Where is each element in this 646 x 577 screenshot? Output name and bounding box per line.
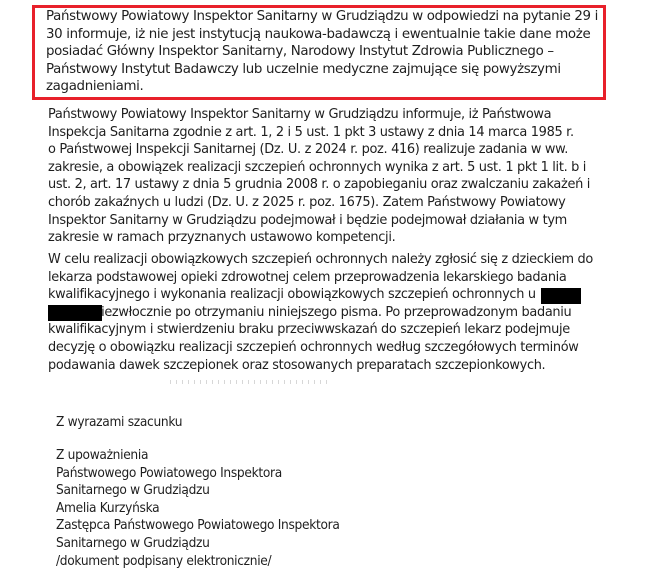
text-line: decyzję o obowiązku realizacji szczepień…: [48, 339, 593, 357]
legal-basis-paragraph: Państwowy Powiatowy Inspektor Sanitarny …: [48, 106, 590, 247]
signatory-name: Amelia Kurzyńska: [56, 500, 340, 518]
text-line: lekarza podstawowej opieki zdrowotnej ce…: [48, 269, 593, 287]
text-line: chorób zakaźnych u ludzi (Dz. U. z 2025 …: [48, 194, 590, 212]
text-line: Państwowy Powiatowy Inspektor Sanitarny …: [46, 8, 598, 26]
text-line: Państwowego Powiatowego Inspektora: [56, 465, 340, 483]
signature-block: Z upoważnienia Państwowego Powiatowego I…: [56, 447, 340, 570]
text-line: Inspekcja Sanitarna zgodnie z art. 1, 2 …: [48, 124, 590, 142]
text-line: ust. 2, art. 17 ustawy z dnia 5 grudnia …: [48, 176, 590, 194]
text-line: zagadnieniami.: [46, 78, 598, 96]
vaccination-instructions-paragraph: W celu realizacji obowiązkowych szczepie…: [48, 251, 593, 374]
text-line: Sanitarnego w Grudziądzu: [56, 482, 340, 500]
highlighted-paragraph: Państwowy Powiatowy Inspektor Sanitarny …: [46, 8, 598, 96]
text-line: W celu realizacji obowiązkowych szczepie…: [48, 251, 593, 269]
text-line: posiadać Główny Inspektor Sanitarny, Nar…: [46, 43, 598, 61]
text-line: kwalifikacyjnego i wykonania realizacji …: [48, 286, 593, 304]
scan-noise: [170, 380, 330, 384]
e-signature-note: /dokument podpisany elektronicznie/: [56, 553, 340, 571]
text-line: Inspektor Sanitarny w Grudziądzu podejmo…: [48, 212, 590, 230]
text-line: Z wyrazami szacunku: [56, 414, 182, 432]
text-line: zakresie w ramach przyznanych ustawowo k…: [48, 229, 590, 247]
scanned-letter-page: Państwowy Powiatowy Inspektor Sanitarny …: [0, 0, 646, 577]
text-line: Państwowy Instytut Badawczy lub uczelnie…: [46, 61, 598, 79]
text-line: kwalifikacyjnym i stwierdzeniu braku prz…: [48, 321, 593, 339]
text-line: Z upoważnienia: [56, 447, 340, 465]
text-line: o Państwowej Inspekcji Sanitarnej (Dz. U…: [48, 141, 590, 159]
signatory-title: Zastępca Państwowego Powiatowego Inspekt…: [56, 517, 340, 535]
text-line: podawania dawek szczepionek oraz stosowa…: [48, 357, 593, 375]
redaction-block: [541, 288, 581, 304]
closing-salutation: Z wyrazami szacunku: [56, 414, 182, 432]
text-line: 30 informuje, iż nie jest instytucją nau…: [46, 26, 598, 44]
redaction-block: [48, 305, 102, 321]
text-line: zakresie, a obowiązek realizacji szczepi…: [48, 159, 590, 177]
text-line: niezwłocznie po otrzymaniu niniejszego p…: [48, 304, 593, 322]
text-line: Państwowy Powiatowy Inspektor Sanitarny …: [48, 106, 590, 124]
text-line: Sanitarnego w Grudziądzu: [56, 535, 340, 553]
